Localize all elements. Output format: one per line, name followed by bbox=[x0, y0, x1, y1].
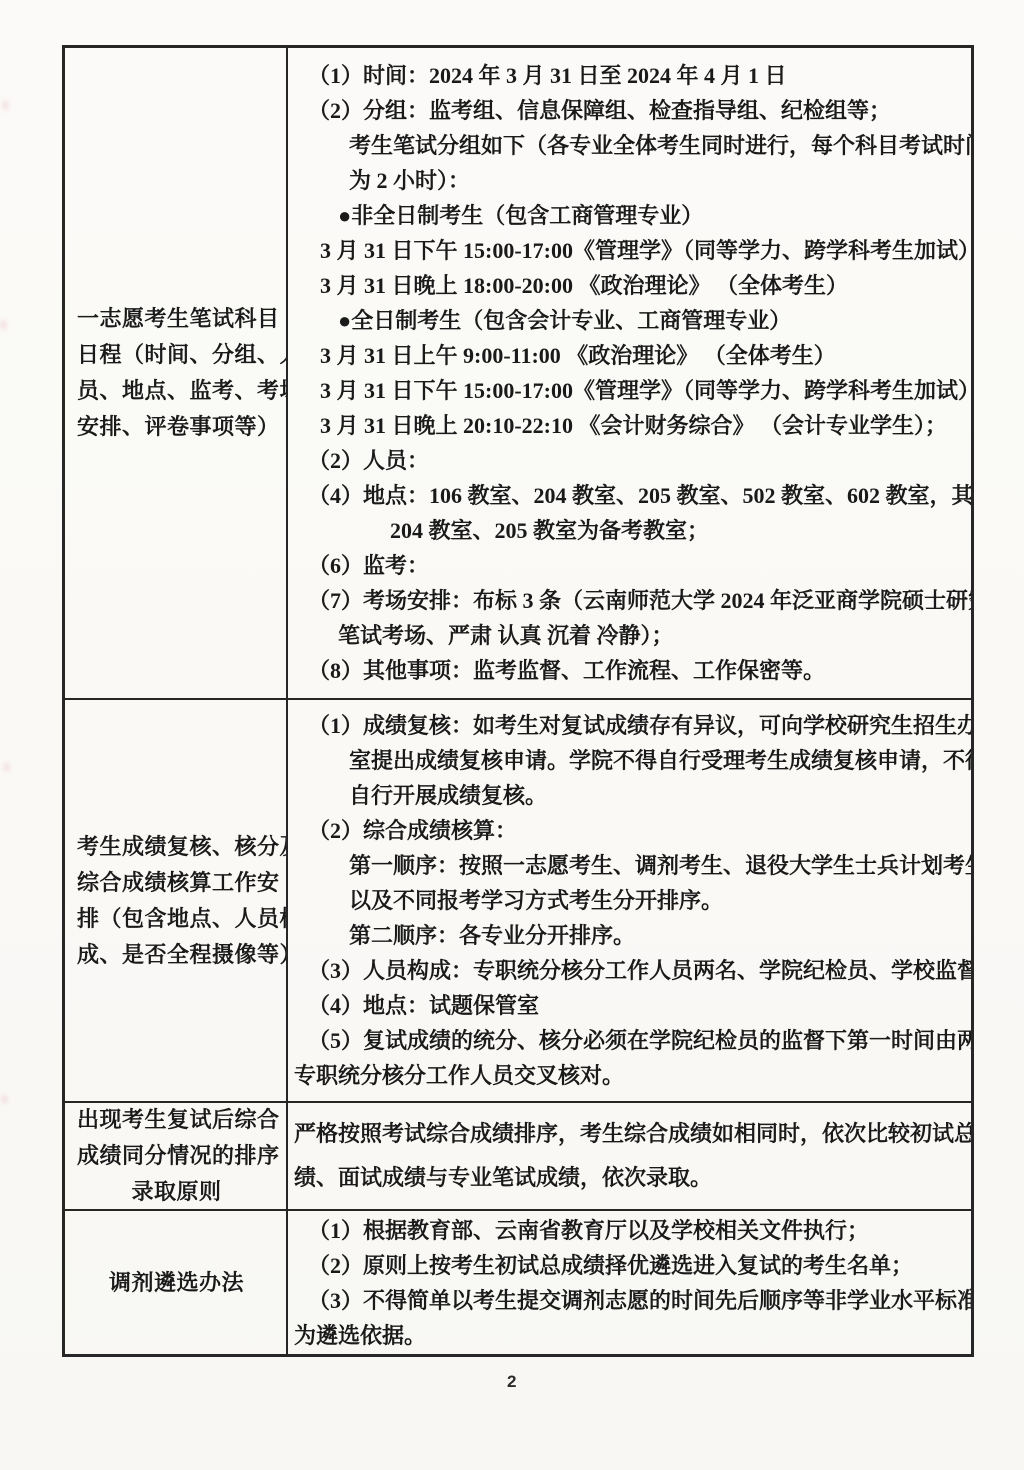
schedule-table: 一志愿考生笔试科目日程（时间、分组、人员、地点、监考、考场安排、评卷事项等） （… bbox=[62, 45, 974, 1357]
row-header-cell: 调剂遴选办法 bbox=[65, 1211, 288, 1354]
scan-artifact bbox=[0, 320, 7, 330]
text-line: 员、地点、监考、考场 bbox=[77, 373, 276, 409]
text-line: 室提出成绩复核申请。学院不得自行受理考生成绩复核申请，不得 bbox=[288, 743, 961, 778]
text-line: 录取原则 bbox=[77, 1174, 276, 1209]
scan-artifact bbox=[3, 762, 10, 772]
text-line: （6）监考： bbox=[288, 548, 961, 583]
text-line: 第一顺序：按照一志愿考生、调剂考生、退役大学生士兵计划考生 bbox=[288, 848, 961, 883]
text-line: （3）不得简单以考生提交调剂志愿的时间先后顺序等非学业水平标准作 bbox=[288, 1283, 961, 1318]
scan-artifact bbox=[2, 100, 9, 110]
text-line: 专职统分核分工作人员交叉核对。 bbox=[288, 1058, 961, 1093]
table-row-tie-break-rule: 出现考生复试后综合成绩同分情况的排序录取原则 严格按照考试综合成绩排序，考生综合… bbox=[65, 1103, 971, 1211]
text-line: （1）时间：2024 年 3 月 31 日至 2024 年 4 月 1 日 bbox=[288, 58, 961, 93]
text-line: （2）人员： bbox=[288, 443, 961, 478]
text-line: 第二顺序：各专业分开排序。 bbox=[288, 918, 961, 953]
text-line: 一志愿考生笔试科目 bbox=[77, 301, 276, 337]
text-line: 为 2 小时）： bbox=[288, 163, 961, 198]
page-number: 2 bbox=[0, 1372, 1024, 1392]
text-line: 考生成绩复核、核分及 bbox=[77, 829, 276, 865]
text-line: （2）综合成绩核算： bbox=[288, 813, 961, 848]
text-line: ●非全日制考生（包含工商管理专业） bbox=[288, 198, 961, 233]
table-row-transfer-selection: 调剂遴选办法 （1）根据教育部、云南省教育厅以及学校相关文件执行；（2）原则上按… bbox=[65, 1211, 971, 1354]
text-line: 以及不同报考学习方式考生分开排序。 bbox=[288, 883, 961, 918]
text-line: 成、是否全程摄像等） bbox=[77, 937, 276, 973]
text-line: （1）根据教育部、云南省教育厅以及学校相关文件执行； bbox=[288, 1213, 961, 1248]
text-line: 3 月 31 日晚上 20:10-22:10 《会计财务综合》 （会计专业学生）… bbox=[288, 408, 961, 443]
text-line: 综合成绩核算工作安 bbox=[77, 865, 276, 901]
text-line: 笔试考场、严肃 认真 沉着 冷静）； bbox=[288, 618, 961, 653]
text-line: 严格按照考试综合成绩排序，考生综合成绩如相同时，依次比较初试总成 bbox=[288, 1112, 961, 1156]
text-line: 成绩同分情况的排序 bbox=[77, 1138, 276, 1174]
text-line: 为遴选依据。 bbox=[288, 1318, 961, 1353]
text-line: 3 月 31 日下午 15:00-17:00《管理学》（同等学力、跨学科考生加试… bbox=[288, 233, 961, 268]
text-line: （5）复试成绩的统分、核分必须在学院纪检员的监督下第一时间由两名 bbox=[288, 1023, 961, 1058]
text-line: 3 月 31 日下午 15:00-17:00《管理学》（同等学力、跨学科考生加试… bbox=[288, 373, 961, 408]
text-line: （7）考场安排：布标 3 条（云南师范大学 2024 年泛亚商学院硕士研究生 bbox=[288, 583, 961, 618]
text-line: （2）分组：监考组、信息保障组、检查指导组、纪检组等； bbox=[288, 93, 961, 128]
row-header-cell: 考生成绩复核、核分及综合成绩核算工作安排（包含地点、人员构成、是否全程摄像等） bbox=[65, 700, 288, 1101]
table-row-written-exam-schedule: 一志愿考生笔试科目日程（时间、分组、人员、地点、监考、考场安排、评卷事项等） （… bbox=[65, 48, 971, 700]
text-line: 调剂遴选办法 bbox=[77, 1265, 276, 1301]
table-row-score-review: 考生成绩复核、核分及综合成绩核算工作安排（包含地点、人员构成、是否全程摄像等） … bbox=[65, 700, 971, 1103]
text-line: 3 月 31 日上午 9:00-11:00 《政治理论》 （全体考生） bbox=[288, 338, 961, 373]
row-content-cell: （1）成绩复核：如考生对复试成绩存有异议，可向学校研究生招生办公室提出成绩复核申… bbox=[288, 700, 971, 1101]
scan-artifact bbox=[1, 1094, 8, 1104]
document-page: 一志愿考生笔试科目日程（时间、分组、人员、地点、监考、考场安排、评卷事项等） （… bbox=[0, 0, 1024, 1470]
text-line: 考生笔试分组如下（各专业全体考生同时进行，每个科目考试时间 bbox=[288, 128, 961, 163]
text-line: 绩、面试成绩与专业笔试成绩，依次录取。 bbox=[288, 1156, 961, 1200]
text-line: 日程（时间、分组、人 bbox=[77, 337, 276, 373]
row-header-cell: 一志愿考生笔试科目日程（时间、分组、人员、地点、监考、考场安排、评卷事项等） bbox=[65, 48, 288, 698]
text-line: 安排、评卷事项等） bbox=[77, 409, 276, 445]
row-content-cell: （1）时间：2024 年 3 月 31 日至 2024 年 4 月 1 日（2）… bbox=[288, 48, 971, 698]
row-header-cell: 出现考生复试后综合成绩同分情况的排序录取原则 bbox=[65, 1103, 288, 1209]
text-line: （2）原则上按考生初试总成绩择优遴选进入复试的考生名单； bbox=[288, 1248, 961, 1283]
text-line: （8）其他事项：监考监督、工作流程、工作保密等。 bbox=[288, 653, 961, 688]
text-line: 204 教室、205 教室为备考教室； bbox=[288, 513, 961, 548]
text-line: 3 月 31 日晚上 18:00-20:00 《政治理论》 （全体考生） bbox=[288, 268, 961, 303]
row-content-cell: 严格按照考试综合成绩排序，考生综合成绩如相同时，依次比较初试总成绩、面试成绩与专… bbox=[288, 1103, 971, 1209]
text-line: （4）地点：试题保管室 bbox=[288, 988, 961, 1023]
text-line: ●全日制考生（包含会计专业、工商管理专业） bbox=[288, 303, 961, 338]
text-line: （4）地点：106 教室、204 教室、205 教室、502 教室、602 教室… bbox=[288, 478, 961, 513]
text-line: 出现考生复试后综合 bbox=[77, 1103, 276, 1138]
text-line: （3）人员构成：专职统分核分工作人员两名、学院纪检员、学校监督员 bbox=[288, 953, 961, 988]
text-line: 排（包含地点、人员构 bbox=[77, 901, 276, 937]
text-line: （1）成绩复核：如考生对复试成绩存有异议，可向学校研究生招生办公 bbox=[288, 708, 961, 743]
text-line: 自行开展成绩复核。 bbox=[288, 778, 961, 813]
row-content-cell: （1）根据教育部、云南省教育厅以及学校相关文件执行；（2）原则上按考生初试总成绩… bbox=[288, 1211, 971, 1354]
